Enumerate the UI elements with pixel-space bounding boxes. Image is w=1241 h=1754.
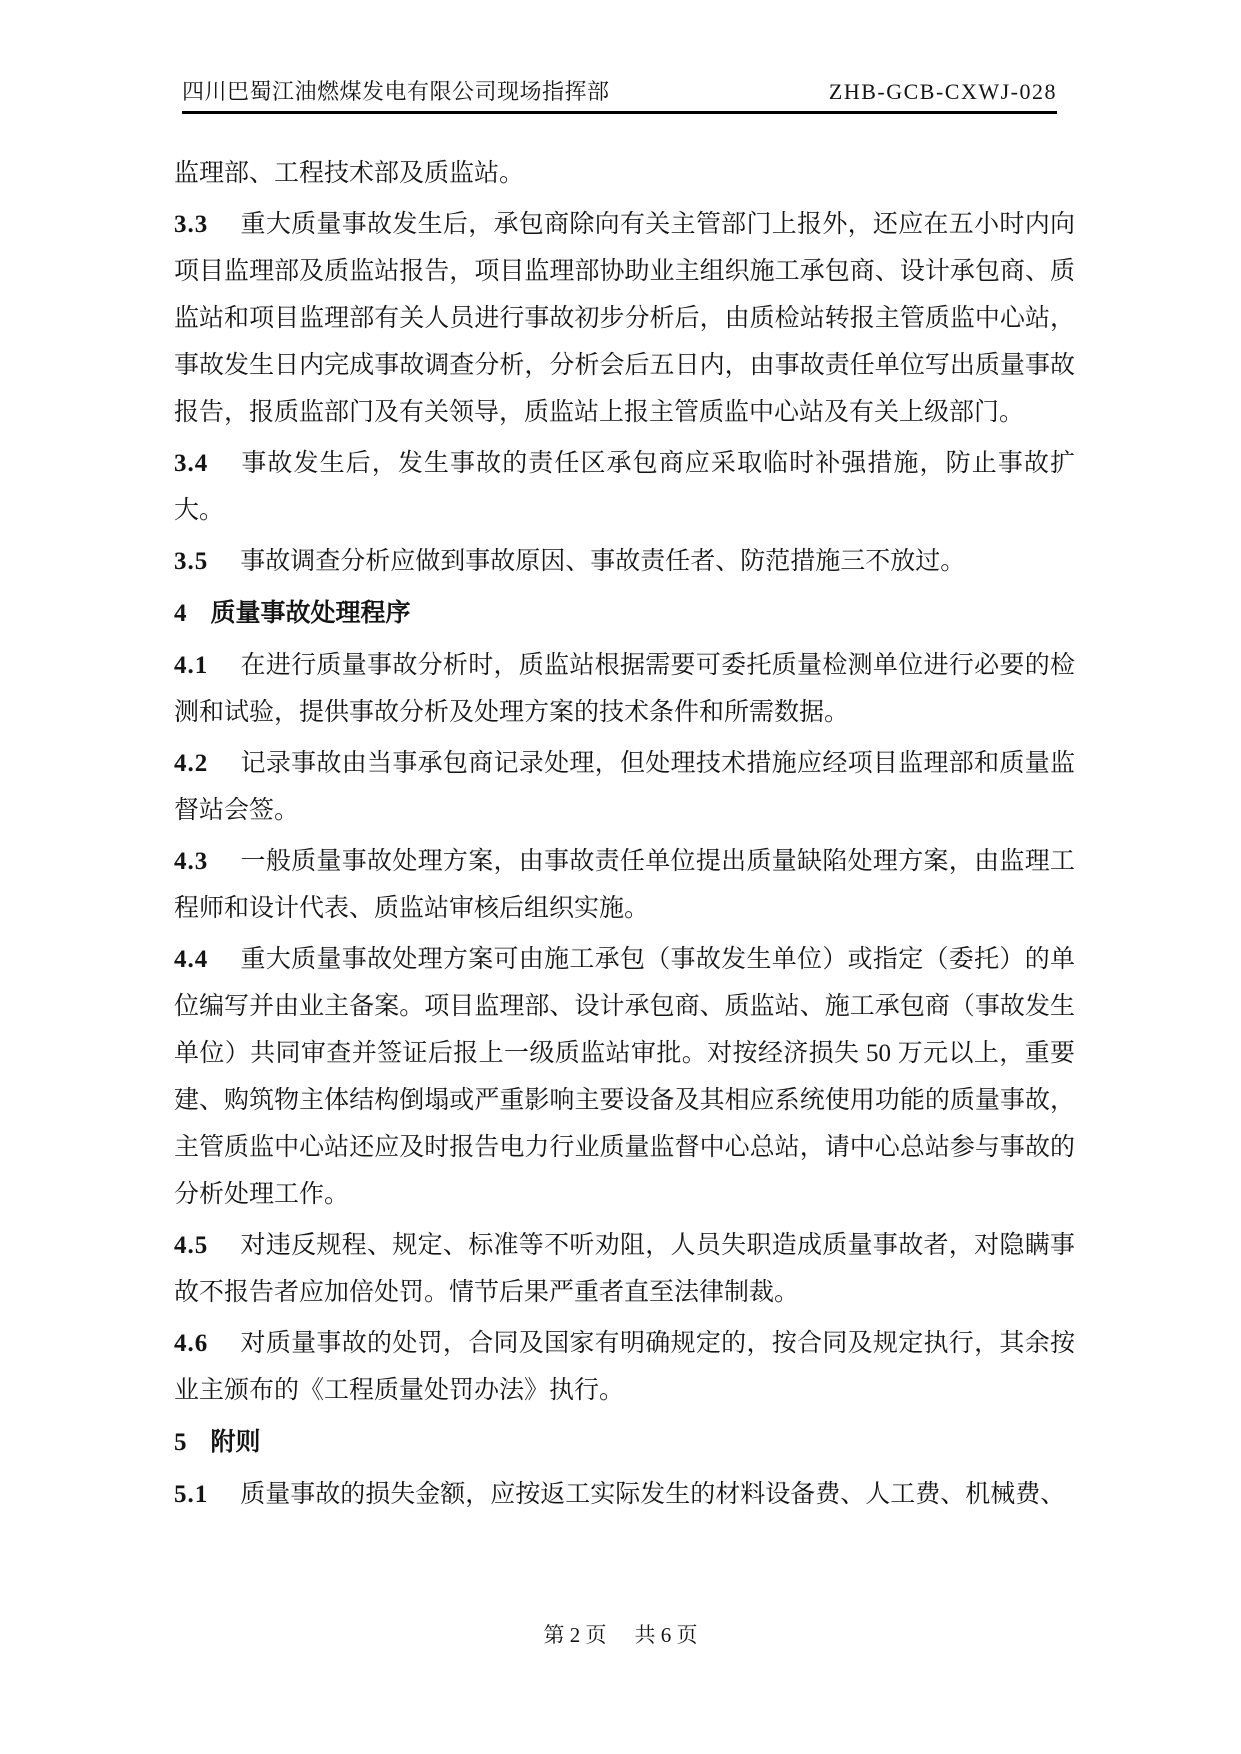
clause-number: 4.6 [174, 1330, 208, 1357]
page-header: 四川巴蜀江油燃煤发电有限公司现场指挥部 ZHB-GCB-CXWJ-028 [182, 80, 1057, 114]
paragraph-text: 对质量事故的处罚，合同及国家有明确规定的，按合同及规定执行，其余按业主颁布的《工… [174, 1330, 1075, 1404]
paragraph-4-6: 4.6对质量事故的处罚，合同及国家有明确规定的，按合同及规定执行，其余按业主颁布… [174, 1320, 1075, 1414]
paragraph-text: 事故发生后，发生事故的责任区承包商应采取临时补强措施，防止事故扩大。 [174, 450, 1075, 524]
section-heading-5: 5附则 [174, 1419, 1075, 1466]
paragraph-4-3: 4.3一般质量事故处理方案，由事故责任单位提出质量缺陷处理方案，由监理工程师和设… [174, 838, 1075, 932]
section-heading-4: 4质量事故处理程序 [174, 590, 1075, 637]
clause-number: 4.4 [174, 946, 208, 973]
paragraph-4-5: 4.5对违反规程、规定、标准等不听劝阻，人员失职造成质量事故者，对隐瞒事故不报告… [174, 1222, 1075, 1316]
paragraph-text: 一般质量事故处理方案，由事故责任单位提出质量缺陷处理方案，由监理工程师和设计代表… [174, 848, 1075, 922]
clause-number: 4.2 [174, 750, 208, 777]
paragraph-4-4: 4.4重大质量事故处理方案可由施工承包（事故发生单位）或指定（委托）的单位编写并… [174, 936, 1075, 1218]
paragraph-4-2: 4.2记录事故由当事承包商记录处理，但处理技术措施应经项目监理部和质量监督站会签… [174, 740, 1075, 834]
paragraph-4-1: 4.1在进行质量事故分析时，质监站根据需要可委托质量检测单位进行必要的检测和试验… [174, 642, 1075, 736]
paragraph-text: 在进行质量事故分析时，质监站根据需要可委托质量检测单位进行必要的检测和试验，提供… [174, 652, 1075, 726]
paragraph-3-5: 3.5事故调查分析应做到事故原因、事故责任者、防范措施三不放过。 [174, 538, 1075, 585]
clause-number: 5.1 [174, 1481, 208, 1508]
paragraph-3-3: 3.3重大质量事故发生后，承包商除向有关主管部门上报外，还应在五小时内向项目监理… [174, 201, 1075, 436]
document-code: ZHB-GCB-CXWJ-028 [829, 80, 1057, 104]
paragraph-text: 事故调查分析应做到事故原因、事故责任者、防范措施三不放过。 [240, 548, 965, 575]
document-body: 监理部、工程技术部及质监站。 3.3重大质量事故发生后，承包商除向有关主管部门上… [174, 150, 1075, 1522]
clause-number: 4.3 [174, 848, 208, 875]
page-total: 共 6 页 [635, 1623, 698, 1647]
section-title: 附则 [211, 1429, 261, 1456]
paragraph-text: 重大质量事故发生后，承包商除向有关主管部门上报外，还应在五小时内向项目监理部及质… [174, 211, 1075, 426]
paragraph-text: 质量事故的损失金额，应按返工实际发生的材料设备费、人工费、机械费、 [240, 1481, 1065, 1508]
paragraph-5-1: 5.1质量事故的损失金额，应按返工实际发生的材料设备费、人工费、机械费、 [174, 1471, 1075, 1518]
clause-number: 3.5 [174, 548, 208, 575]
organization-name: 四川巴蜀江油燃煤发电有限公司现场指挥部 [182, 80, 610, 104]
document-page: 四川巴蜀江油燃煤发电有限公司现场指挥部 ZHB-GCB-CXWJ-028 监理部… [0, 0, 1241, 1754]
paragraph-text: 监理部、工程技术部及质监站。 [174, 160, 524, 187]
clause-number: 3.4 [174, 450, 208, 477]
paragraph-text: 记录事故由当事承包商记录处理，但处理技术措施应经项目监理部和质量监督站会签。 [174, 750, 1075, 824]
paragraph-text: 对违反规程、规定、标准等不听劝阻，人员失职造成质量事故者，对隐瞒事故不报告者应加… [174, 1232, 1075, 1306]
section-title: 质量事故处理程序 [211, 600, 411, 627]
page-footer: 第 2 页共 6 页 [0, 1622, 1241, 1648]
clause-number: 3.3 [174, 211, 208, 238]
section-number: 5 [174, 1429, 188, 1456]
paragraph-text: 重大质量事故处理方案可由施工承包（事故发生单位）或指定（委托）的单位编写并由业主… [174, 946, 1075, 1208]
page-number: 第 2 页 [544, 1623, 607, 1647]
clause-number: 4.5 [174, 1232, 208, 1259]
section-number: 4 [174, 600, 188, 627]
paragraph-continuation: 监理部、工程技术部及质监站。 [174, 150, 1075, 197]
paragraph-3-4: 3.4事故发生后，发生事故的责任区承包商应采取临时补强措施，防止事故扩大。 [174, 440, 1075, 534]
clause-number: 4.1 [174, 652, 208, 679]
